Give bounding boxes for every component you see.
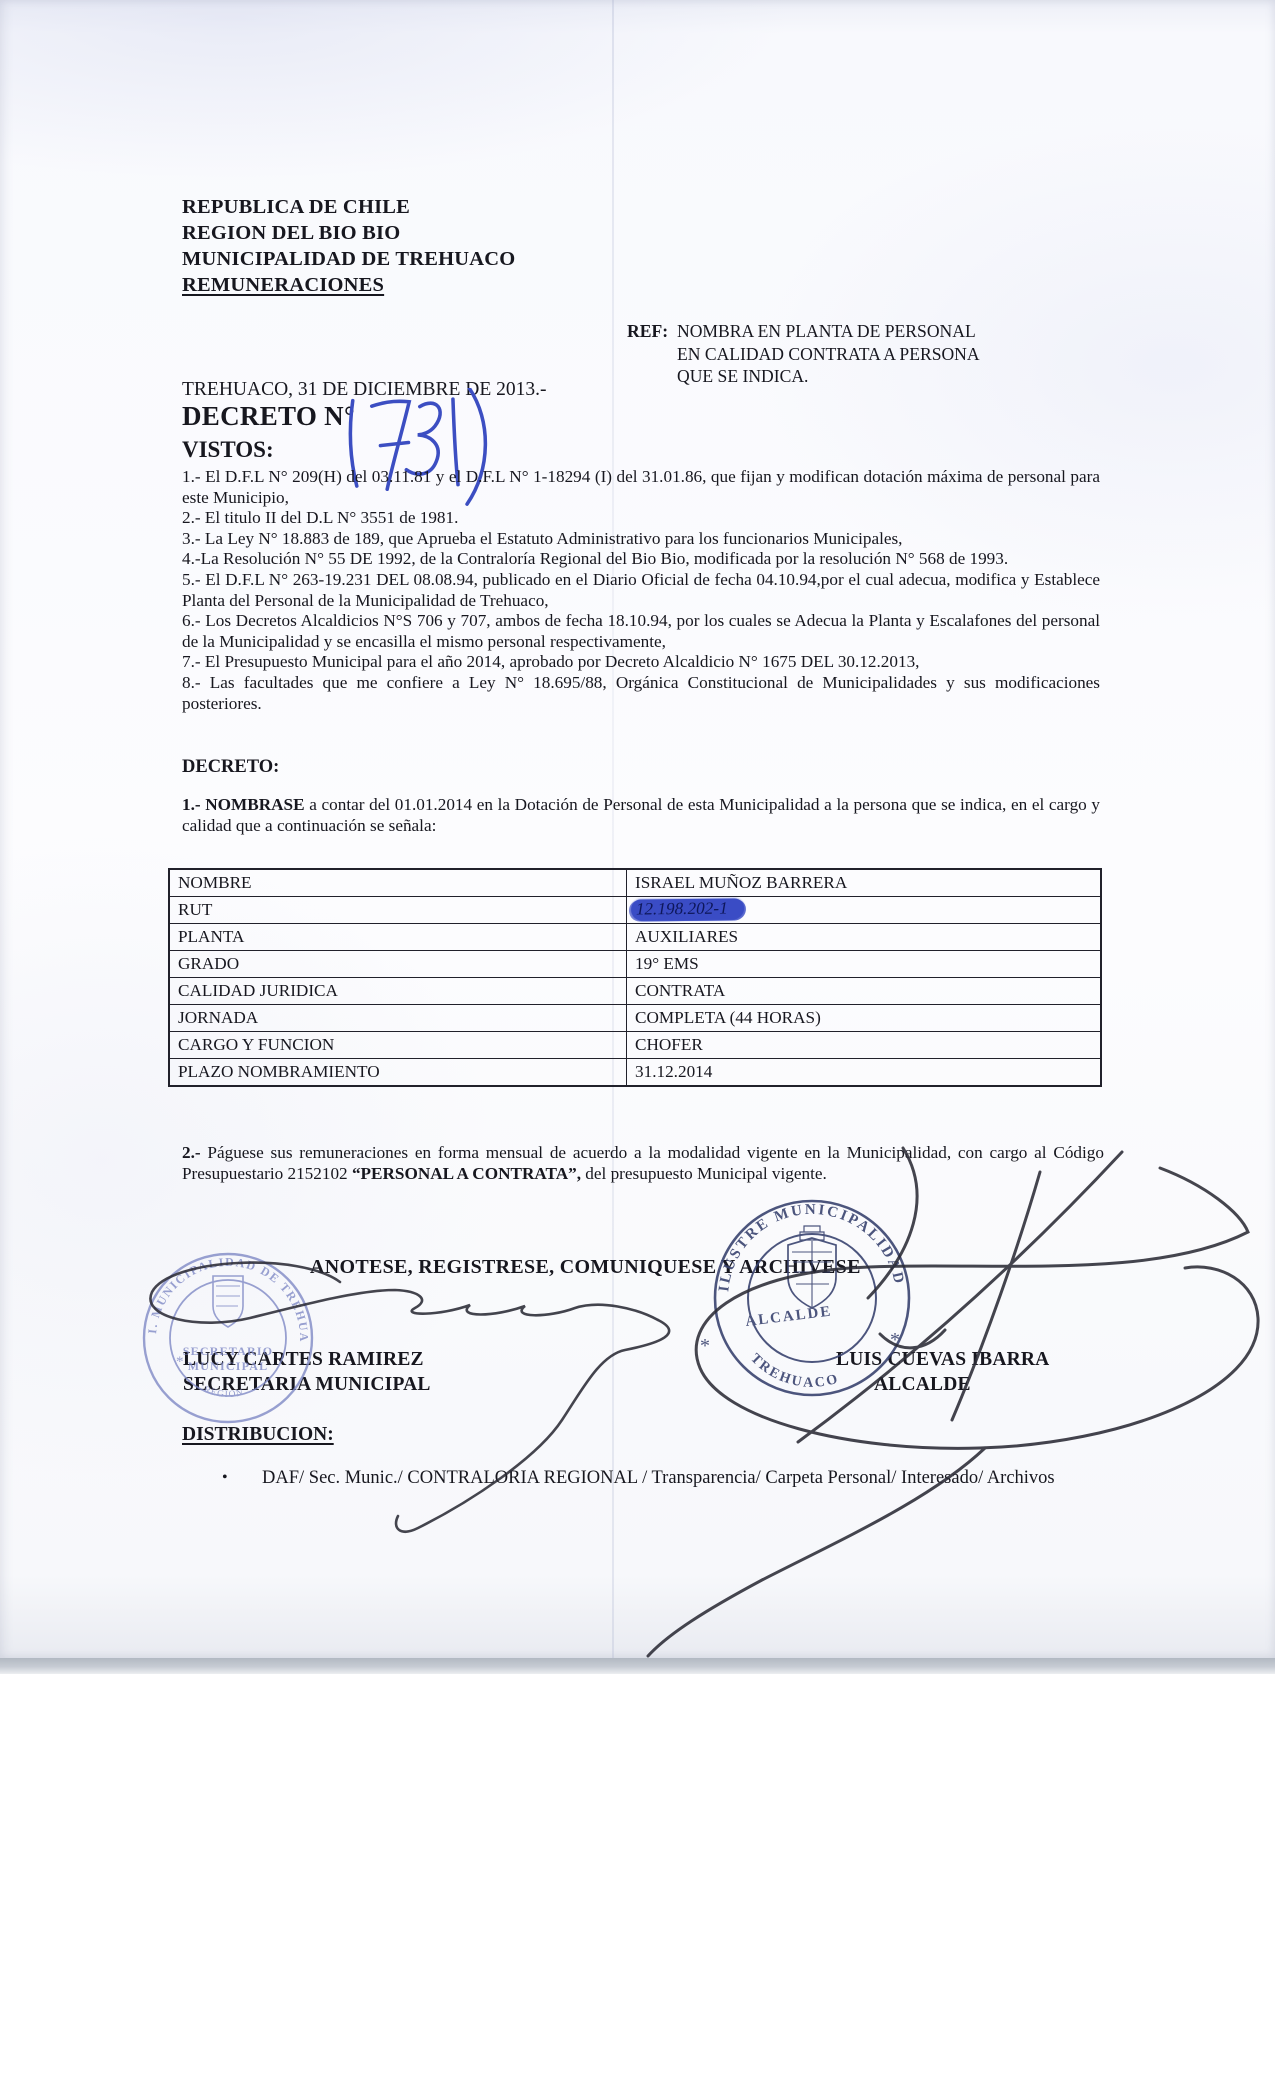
article-1-text: a contar del 01.01.2014 en la Dotación d… bbox=[182, 795, 1100, 835]
table-row: CARGO Y FUNCION CHOFER bbox=[169, 1032, 1101, 1059]
mayor-stamp-star-left-icon: * bbox=[700, 1335, 710, 1357]
closing-formula-line: ANOTESE, REGISTRESE, COMUNIQUESE Y ARCHI… bbox=[310, 1256, 861, 1279]
secretary-title: SECRETARIA MUNICIPAL bbox=[183, 1374, 431, 1396]
row-value: 31.12.2014 bbox=[627, 1059, 1102, 1087]
row-value: AUXILIARES bbox=[627, 924, 1102, 951]
decree-number-heading: DECRETO N° bbox=[182, 401, 355, 432]
decreto-section-heading: DECRETO: bbox=[182, 757, 279, 778]
secretary-name: LUCY CARTES RAMIREZ bbox=[183, 1349, 424, 1371]
letterhead-line-municipality: MUNICIPALIDAD DE TREHUACO bbox=[182, 246, 515, 272]
vistos-item-6: 6.- Los Decretos Alcaldicios N°S 706 y 7… bbox=[182, 611, 1100, 652]
vistos-item-2: 2.- El titulo II del D.L N° 3551 de 1981… bbox=[182, 508, 1100, 529]
article-2-label: 2.- bbox=[182, 1143, 201, 1162]
ref-block: REF: NOMBRA EN PLANTA DE PERSONAL EN CAL… bbox=[627, 320, 987, 388]
row-label: CALIDAD JURIDICA bbox=[169, 978, 627, 1005]
vistos-item-8: 8.- Las facultades que me confiere a Ley… bbox=[182, 673, 1100, 714]
table-row: PLANTA AUXILIARES bbox=[169, 924, 1101, 951]
ref-label: REF: bbox=[627, 320, 668, 343]
scanned-document-page: REPUBLICA DE CHILE REGION DEL BIO BIO MU… bbox=[0, 0, 1275, 1658]
mayor-stamp-arc-bottom-text: TREHUACO bbox=[747, 1351, 841, 1391]
mayor-stamp-center-text: ALCALDE bbox=[745, 1303, 834, 1330]
article-1-paragraph: 1.- NOMBRASE a contar del 01.01.2014 en … bbox=[182, 795, 1100, 837]
bullet-icon: • bbox=[222, 1458, 228, 1498]
vistos-item-1: 1.- El D.F.L N° 209(H) del 03.11.81 y el… bbox=[182, 467, 1100, 508]
scanner-page-edge-shadow bbox=[0, 1658, 1275, 1674]
row-value: ISRAEL MUÑOZ BARRERA bbox=[627, 869, 1102, 897]
letterhead-line-country: REPUBLICA DE CHILE bbox=[182, 194, 515, 220]
row-label: JORNADA bbox=[169, 1005, 627, 1032]
row-value: COMPLETA (44 HORAS) bbox=[627, 1005, 1102, 1032]
table-row: JORNADA COMPLETA (44 HORAS) bbox=[169, 1005, 1101, 1032]
row-label: PLAZO NOMBRAMIENTO bbox=[169, 1059, 627, 1087]
row-label: CARGO Y FUNCION bbox=[169, 1032, 627, 1059]
rut-blue-pen-redaction: 12.198.202-1 bbox=[629, 898, 745, 920]
row-value: 19° EMS bbox=[627, 951, 1102, 978]
row-label: GRADO bbox=[169, 951, 627, 978]
svg-text:TREHUACO: TREHUACO bbox=[747, 1351, 841, 1391]
ref-line-1: NOMBRA EN PLANTA DE PERSONAL bbox=[677, 320, 987, 343]
article-2-text-after: del presupuesto Municipal vigente. bbox=[581, 1164, 827, 1183]
ref-line-3: QUE SE INDICA. bbox=[677, 365, 987, 388]
row-label: NOMBRE bbox=[169, 869, 627, 897]
table-row: CALIDAD JURIDICA CONTRATA bbox=[169, 978, 1101, 1005]
row-value: CHOFER bbox=[627, 1032, 1102, 1059]
letterhead: REPUBLICA DE CHILE REGION DEL BIO BIO MU… bbox=[182, 194, 515, 298]
vistos-heading: VISTOS: bbox=[182, 437, 274, 463]
screenshot-canvas: REPUBLICA DE CHILE REGION DEL BIO BIO MU… bbox=[0, 0, 1275, 2100]
distribution-text: DAF/ Sec. Munic./ CONTRALORIA REGIONAL /… bbox=[262, 1458, 1102, 1498]
row-value: CONTRATA bbox=[627, 978, 1102, 1005]
table-row: PLAZO NOMBRAMIENTO 31.12.2014 bbox=[169, 1059, 1101, 1087]
appointment-table: NOMBRE ISRAEL MUÑOZ BARRERA RUT 12.198.2… bbox=[168, 868, 1102, 1087]
article-2-bold-part: “PERSONAL A CONTRATA”, bbox=[352, 1164, 581, 1183]
vistos-item-5: 5.- El D.F.L N° 263-19.231 DEL 08.08.94,… bbox=[182, 570, 1100, 611]
letterhead-line-department: REMUNERACIONES bbox=[182, 272, 515, 298]
row-value-rut: 12.198.202-1 bbox=[627, 897, 1102, 924]
vistos-item-7: 7.- El Presupuesto Municipal para el año… bbox=[182, 652, 1100, 673]
ref-lines: NOMBRA EN PLANTA DE PERSONAL EN CALIDAD … bbox=[677, 320, 987, 388]
row-label: RUT bbox=[169, 897, 627, 924]
vistos-item-3: 3.- La Ley N° 18.883 de 189, que Aprueba… bbox=[182, 529, 1100, 550]
table-row: RUT 12.198.202-1 bbox=[169, 897, 1101, 924]
article-2-paragraph: 2.- Páguese sus remuneraciones en forma … bbox=[182, 1142, 1104, 1184]
mayor-name: LUIS CUEVAS IBARRA bbox=[836, 1349, 1049, 1371]
mayor-stamp-star-right-icon: * bbox=[890, 1329, 900, 1351]
distribution-heading: DISTRIBUCION: bbox=[182, 1424, 334, 1446]
vistos-item-4: 4.-La Resolución N° 55 DE 1992, de la Co… bbox=[182, 549, 1100, 570]
distribution-list-item: • DAF/ Sec. Munic./ CONTRALORIA REGIONAL… bbox=[222, 1458, 1102, 1498]
ref-line-2: EN CALIDAD CONTRATA A PERSONA bbox=[677, 343, 987, 366]
table-row: GRADO 19° EMS bbox=[169, 951, 1101, 978]
letterhead-line-region: REGION DEL BIO BIO bbox=[182, 220, 515, 246]
table-row: NOMBRE ISRAEL MUÑOZ BARRERA bbox=[169, 869, 1101, 897]
mayor-title: ALCALDE bbox=[874, 1374, 971, 1396]
row-label: PLANTA bbox=[169, 924, 627, 951]
mayor-signature-ink bbox=[648, 1148, 1258, 1656]
article-1-label: 1.- NOMBRASE bbox=[182, 795, 305, 814]
vistos-list: 1.- El D.F.L N° 209(H) del 03.11.81 y el… bbox=[182, 467, 1100, 714]
